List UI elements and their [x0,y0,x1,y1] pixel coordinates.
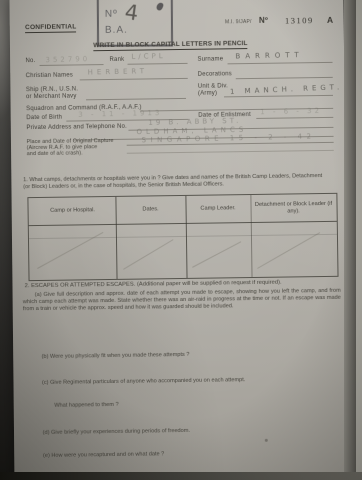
table-strike-4 [257,232,320,269]
field-unit-label-line2: (Army) [198,90,217,96]
field-address-label: Private Address and Telephone No. [26,124,127,131]
document-photo: CONFIDENTIAL BLOCK Nº 4 B.A. M.I. 9/JAP/… [0,0,362,480]
table-row-divider [29,234,337,239]
field-christian-value: HERBERT [88,67,149,76]
field-ship-label-line1: Ship (R.N., U.S.N. [26,86,78,93]
field-capture-rule2 [127,150,334,154]
field-no-value: 352790 [45,55,90,64]
field-surname-rule [228,62,333,64]
field-unit-label-line1: Unit & Div. [198,83,228,89]
field-rank-label: Rank [109,57,124,63]
field-decorations-label: Decorations [198,71,232,77]
field-christian-rule [80,78,188,81]
field-enlist-rule [256,117,333,119]
ref-grade: A [327,15,333,25]
form-content: CONFIDENTIAL BLOCK Nº 4 B.A. M.I. 9/JAP/… [0,0,362,480]
table-header-camp: Camp or Hospital. [33,207,113,215]
stamp-org: B.A. [105,25,128,36]
question2b-text: (b) Were you physically fit when you mad… [42,350,342,361]
question2c-text: (c) Give Regimental particulars of anyon… [42,376,342,387]
field-rank-value: L/CPL [131,52,165,61]
stray-mark [265,439,268,442]
field-ship-rule [86,98,186,100]
field-dob-value: 3 - 11 - 1913 [78,109,162,119]
field-surname-value: BARROTT [235,51,303,61]
question2a-text: (a) Give full description and approx. da… [23,288,341,313]
ref-no-label: Nº [259,16,268,25]
field-ship-label-line2: or Merchant Navy [26,93,77,100]
camps-table: Camp or Hospital. Dates. Camp Leader. De… [27,193,338,281]
block-number-stamp: BLOCK Nº 4 B.A. [97,0,173,47]
table-header-leader: Camp Leader. [190,205,247,212]
stamp-no-label: Nº [105,9,118,20]
table-header-dates: Dates. [120,206,182,213]
block-capitals-instruction: WRITE IN BLOCK CAPITAL LETTERS IN PENCIL [93,40,248,51]
field-dob-label: Date of Birth [26,115,62,122]
table-header-detachment: Detachment or Block Leader (if any). [254,201,332,215]
stamp-handwritten-number: 4 [123,0,139,25]
field-enlist-value: 1 - 6 - 32 [260,107,322,116]
confidential-marking: CONFIDENTIAL [25,23,77,33]
table-header-divider [29,221,337,226]
field-rank-rule [128,63,188,65]
question2d-text: (d) Give briefly your experiences during… [43,426,343,437]
ref-number: 13109 [285,15,314,25]
table-strike-3 [192,241,241,268]
ref-dept: M.I. 9/JAP/ [225,19,252,25]
question2e-text: (e) How were you recaptured and on what … [43,449,343,460]
table-strike-2 [123,239,173,270]
question2c-followup: What happened to them ? [54,399,334,410]
field-decorations-rule [236,77,333,79]
field-surname-label: Surname [197,56,223,62]
field-no-rule [40,64,104,66]
field-christian-label: Christian Names [26,72,73,79]
field-no-label: No. [25,58,35,64]
ink-mark [155,2,164,12]
field-capture-label-line3: and date of a/c crash). [27,150,83,157]
